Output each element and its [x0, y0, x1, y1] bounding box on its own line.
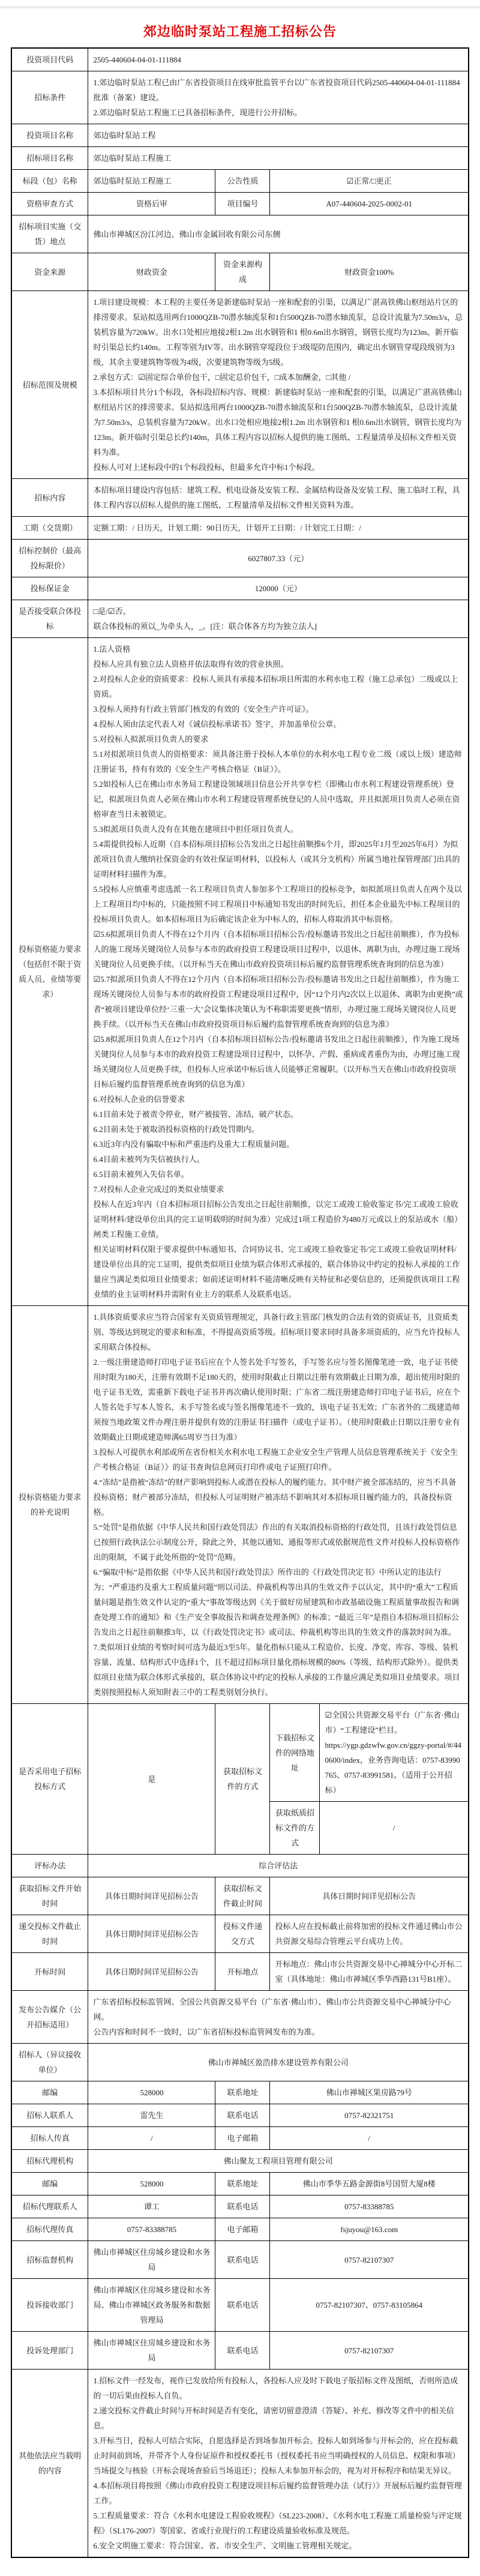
- label-evaluation-method: 评标办法: [11, 1855, 88, 1877]
- value-complaint-handling: 佛山市禅城区住房城乡建设和水务局: [88, 2332, 215, 2370]
- value-complaint-receiving-phone: 0757-82107307、0757-83105864: [270, 2279, 469, 2332]
- value-agency-contact: 谭工: [88, 2195, 215, 2218]
- label-tenderer: 招标人（异议接收单位）: [11, 2044, 88, 2081]
- row-e-bidding: 是否采用电子招标投标方式 是 获取招标文件的方式 下载招标文件的网络地址 ☑全国…: [11, 1704, 469, 1802]
- label-bid-bond: 投标保证金: [11, 577, 88, 600]
- label-tenderer-address: 联系地址: [215, 2081, 270, 2104]
- value-tenderer-address: 佛山市禅城区果房路79号: [270, 2081, 469, 2104]
- value-consortium-checkbox: □是/☑否。 联合体投标的须以_为牵头人，_。[注：联合体各方均为独立法人]: [88, 600, 469, 638]
- value-supervision-phone: 0757-82107307: [270, 2241, 469, 2279]
- label-tender-conditions: 招标条件: [11, 71, 88, 124]
- value-location: 佛山市禅城区汾江河边、佛山市金属回收有限公司东侧: [88, 215, 469, 253]
- row-scope-scale: 招标范围及规模 1.项目建设规模：本工程的主要任务是新建临时泵站一座和配套的引渠…: [11, 291, 469, 479]
- row-tender-conditions: 招标条件 1.郊边临时泵站工程已由广东省投资项目在线审批监管平台以广东省投资项目…: [11, 71, 469, 124]
- label-complaint-receiving: 投诉接收部门: [11, 2279, 88, 2332]
- row-agency-postcode: 邮编 528000 联系地址 佛山市季华五路金源街8号国贸大厦8楼: [11, 2173, 469, 2195]
- value-funding-composition: 财政资金100%: [270, 253, 469, 291]
- value-other-content: 1.招标文件一经发布，视作已发放给所有投标人，各投标人应及时下载电子版招标文件及…: [88, 2370, 469, 2558]
- row-evaluation-method: 评标办法 综合评估法: [11, 1855, 469, 1877]
- row-agency-fax: 招标代理传真 0757-83388785 电子邮箱 fsjuyou@163.co…: [11, 2218, 469, 2241]
- label-section-name: 标段（包）名称: [11, 170, 88, 193]
- label-agency: 招标代理机构: [11, 2150, 88, 2173]
- row-tender-content: 招标内容 本招标项目建设内容包括：建筑工程、机电设备及安装工程、金属结构设备及安…: [11, 479, 469, 517]
- label-agency-postcode: 邮编: [11, 2173, 88, 2195]
- row-tender-project-name: 招标项目名称 郊边临时泵站工程施工: [11, 147, 469, 170]
- row-tenderer-contact: 招标人联系人 雷先生 联系电话 0757-82321751: [11, 2104, 469, 2127]
- value-project-number: A07-440604-2025-0002-01: [270, 193, 469, 215]
- row-complaint-handling: 投诉处理部门 佛山市禅城区住房城乡建设和水务局 联系电话 0757-821073…: [11, 2332, 469, 2370]
- row-project-code: 投资项目代码 2505-440604-04-01-111884: [11, 48, 469, 71]
- value-tender-content: 本招标项目建设内容包括：建筑工程、机电设备及安装工程、金属结构设备及安装工程、施…: [88, 479, 469, 517]
- label-project-code: 投资项目代码: [11, 48, 88, 71]
- row-tenderer-fax: 招标人传真 / 电子邮箱 /: [11, 2127, 469, 2150]
- value-complaint-handling-phone: 0757-82107307: [270, 2332, 469, 2370]
- value-complaint-receiving: 佛山市禅城区住房城乡建设和水务局、佛山市禅城区政务服务和数据管理局: [88, 2279, 215, 2332]
- label-supervision-phone: 联系电话: [215, 2241, 270, 2279]
- row-qualification-supplement: 投标资格能力要求的补充说明 1.具体资质要求应当符合国家有关资质管理规定，具备行…: [11, 1306, 469, 1704]
- label-tenderer-email: 电子邮箱: [215, 2127, 270, 2150]
- label-bid-submission-deadline: 递交投标文件截止时间: [11, 1915, 88, 1953]
- label-download-url: 下载招标文件的网络地址: [270, 1704, 320, 1802]
- value-project-code: 2505-440604-04-01-111884: [88, 48, 469, 71]
- row-funding: 资金来源 财政资金 资金来源构成 财政资金100%: [11, 253, 469, 291]
- row-qualification-requirements: 投标资格能力要求（包括但不限于资质人员、业绩等要求） 1.法人资格 投标人应具有…: [11, 638, 469, 1306]
- value-tender-project-name: 郊边临时泵站工程施工: [88, 147, 469, 170]
- label-bid-opening-place: 开标地点: [215, 1953, 270, 1991]
- label-consortium: 是否接受联合体投标: [11, 600, 88, 638]
- label-bid-opening-time: 开标时间: [11, 1953, 88, 1991]
- row-bid-opening: 开标时间 具体日期时间详见招标公告 开标地点 开标地点：佛山市公共资源交易中心禅…: [11, 1953, 469, 1991]
- row-other-content: 其他依法应当载明的内容 1.招标文件一经发布，视作已发放给所有投标人，各投标人应…: [11, 2370, 469, 2558]
- label-complaint-handling-phone: 联系电话: [215, 2332, 270, 2370]
- label-agency-contact: 招标代理联系人: [11, 2195, 88, 2218]
- value-agency-email: fsjuyou@163.com: [270, 2218, 469, 2241]
- value-tenderer-fax: /: [88, 2127, 215, 2150]
- value-tenderer-email: /: [270, 2127, 469, 2150]
- value-bid-opening-time: 具体日期时间详见招标公告: [88, 1953, 215, 1991]
- label-agency-email: 电子邮箱: [215, 2218, 270, 2241]
- top-divider: [0, 6, 480, 8]
- label-agency-fax: 招标代理传真: [11, 2218, 88, 2241]
- value-download-url: ☑全国公共资源交易平台（广东省·佛山市）“工程建设”栏目。 https://yg…: [320, 1704, 469, 1802]
- value-announcement-media: 广东省招标投标监管网、全国公共资源交易平台（广东省·佛山市）、佛山市公共资源交易…: [88, 1991, 469, 2044]
- row-doc-obtain-time: 获取招标文件开始时间 具体日期时间详见招标公告 获取招标文件截止时间 具体日期时…: [11, 1877, 469, 1915]
- label-complaint-handling: 投诉处理部门: [11, 2332, 88, 2370]
- label-funding-source: 资金来源: [11, 253, 88, 291]
- row-tenderer-postcode: 邮编 528000 联系地址 佛山市禅城区果房路79号: [11, 2081, 469, 2104]
- value-evaluation-method: 综合评估法: [88, 1855, 469, 1877]
- row-supervision: 招标监督机构 佛山市禅城区住房城乡建设和水务局 联系电话 0757-821073…: [11, 2241, 469, 2279]
- label-price-ceiling: 招标控制价（最高投标限价）: [11, 540, 88, 577]
- label-tenderer-phone: 联系电话: [215, 2104, 270, 2127]
- page-title: 郊边临时泵站工程施工招标公告: [0, 22, 480, 40]
- value-section-name: 郊边临时泵站工程施工: [88, 170, 215, 193]
- row-complaint-receiving: 投诉接收部门 佛山市禅城区住房城乡建设和水务局、佛山市禅城区政务服务和数据管理局…: [11, 2279, 469, 2332]
- row-consortium: 是否接受联合体投标 □是/☑否。 联合体投标的须以_为牵头人，_。[注：联合体各…: [11, 600, 469, 638]
- value-bid-submission-deadline: 具体日期时间详见招标公告: [88, 1915, 215, 1953]
- label-qualification-requirements: 投标资格能力要求（包括但不限于资质人员、业绩等要求）: [11, 638, 88, 1306]
- value-price-ceiling: 6027807.33（元）: [88, 540, 469, 577]
- value-bid-opening-place: 开标地点：佛山市公共资源交易中心禅城分中心开标二室（具体地址：佛山市禅城区季华西…: [270, 1953, 469, 1991]
- row-section-name: 标段（包）名称 郊边临时泵站工程施工 公告性质 ☑正常/□更正: [11, 170, 469, 193]
- value-tenderer-contact: 雷先生: [88, 2104, 215, 2127]
- value-scope-scale: 1.项目建设规模：本工程的主要任务是新建临时泵站一座和配套的引渠，以满足广湛高铁…: [88, 291, 469, 479]
- label-notice-nature: 公告性质: [215, 170, 270, 193]
- value-paper-doc-method: /: [320, 1802, 469, 1855]
- row-price-ceiling: 招标控制价（最高投标限价） 6027807.33（元）: [11, 540, 469, 577]
- value-supervision-org: 佛山市禅城区住房城乡建设和水务局: [88, 2241, 215, 2279]
- row-location: 招标项目实施（交货）地点 佛山市禅城区汾江河边、佛山市金属回收有限公司东侧: [11, 215, 469, 253]
- label-tenderer-fax: 招标人传真: [11, 2127, 88, 2150]
- label-investment-project-name: 投资项目名称: [11, 124, 88, 147]
- label-location: 招标项目实施（交货）地点: [11, 215, 88, 253]
- label-submission-method: 投标文件递交方式: [215, 1915, 270, 1953]
- value-qualification-requirements: 1.法人资格 投标人应具有独立法人资格并依法取得有效的营业执照。 2.对投标人企…: [88, 638, 469, 1306]
- label-qualification-supplement: 投标资格能力要求的补充说明: [11, 1306, 88, 1704]
- label-announcement-media: 发布公告媒介（公开招标适用）: [11, 1991, 88, 2044]
- label-project-number: 项目编号: [215, 193, 270, 215]
- label-complaint-receiving-phone: 联系电话: [215, 2279, 270, 2332]
- value-tender-conditions: 1.郊边临时泵站工程已由广东省投资项目在线审批监管平台以广东省投资项目代码250…: [88, 71, 469, 124]
- label-tenderer-postcode: 邮编: [11, 2081, 88, 2104]
- value-funding-source: 财政资金: [88, 253, 215, 291]
- label-doc-obtain-method: 获取招标文件的方式: [215, 1704, 270, 1855]
- label-doc-obtain-end: 获取招标文件截止时间: [215, 1877, 270, 1915]
- value-qualification-supplement: 1.具体资质要求应当符合国家有关资质管理规定，具备行政主管部门核发的合法有效的资…: [88, 1306, 469, 1704]
- value-agency: 佛山聚友工程项目管理有限公司: [88, 2150, 469, 2173]
- label-supervision-org: 招标监督机构: [11, 2241, 88, 2279]
- label-doc-obtain-start: 获取招标文件开始时间: [11, 1877, 88, 1915]
- label-scope-scale: 招标范围及规模: [11, 291, 88, 479]
- label-tender-content: 招标内容: [11, 479, 88, 517]
- tender-announcement-table: 投资项目代码 2505-440604-04-01-111884 招标条件 1.郊…: [11, 47, 469, 2558]
- row-duration: 工期（交货期） 定额工期：/ 日历天，计划工期：90日历天，计划开工日期：/ 计…: [11, 517, 469, 540]
- value-doc-obtain-end: 具体日期时间详见招标公告: [270, 1877, 469, 1915]
- value-agency-address: 佛山市季华五路金源街8号国贸大厦8楼: [270, 2173, 469, 2195]
- value-duration: 定额工期：/ 日历天，计划工期：90日历天，计划开工日期：/ 计划完工日期：/: [88, 517, 469, 540]
- label-qualification-review: 资格审查方式: [11, 193, 88, 215]
- value-investment-project-name: 郊边临时泵站工程: [88, 124, 469, 147]
- label-tender-project-name: 招标项目名称: [11, 147, 88, 170]
- value-tenderer: 佛山市禅城区盈浩排水建设管养有限公司: [88, 2044, 469, 2081]
- label-e-bidding: 是否采用电子招标投标方式: [11, 1704, 88, 1855]
- label-other-content: 其他依法应当载明的内容: [11, 2370, 88, 2558]
- row-tenderer: 招标人（异议接收单位） 佛山市禅城区盈浩排水建设管养有限公司: [11, 2044, 469, 2081]
- value-bid-bond: 120000（元）: [88, 577, 469, 600]
- value-notice-nature-checkbox: ☑正常/□更正: [270, 170, 469, 193]
- row-qualification-review: 资格审查方式 资格后审 项目编号 A07-440604-2025-0002-01: [11, 193, 469, 215]
- value-tenderer-postcode: 528000: [88, 2081, 215, 2104]
- row-announcement-media: 发布公告媒介（公开招标适用） 广东省招标投标监管网、全国公共资源交易平台（广东省…: [11, 1991, 469, 2044]
- label-funding-composition: 资金来源构成: [215, 253, 270, 291]
- label-agency-address: 联系地址: [215, 2173, 270, 2195]
- value-submission-method: 投标人应在投标截止前将加密的投标文件通过佛山市公共资源交易综合管理云平台成功上传…: [270, 1915, 469, 1953]
- label-tenderer-contact: 招标人联系人: [11, 2104, 88, 2127]
- label-duration: 工期（交货期）: [11, 517, 88, 540]
- value-doc-obtain-start: 具体日期时间详见招标公告: [88, 1877, 215, 1915]
- row-agency-contact: 招标代理联系人 谭工 联系电话 0757-83388785: [11, 2195, 469, 2218]
- label-agency-phone: 联系电话: [215, 2195, 270, 2218]
- value-agency-phone: 0757-83388785: [270, 2195, 469, 2218]
- row-investment-project-name: 投资项目名称 郊边临时泵站工程: [11, 124, 469, 147]
- value-agency-fax: 0757-83388785: [88, 2218, 215, 2241]
- value-qualification-review: 资格后审: [88, 193, 215, 215]
- value-tenderer-phone: 0757-82321751: [270, 2104, 469, 2127]
- row-bid-submission: 递交投标文件截止时间 具体日期时间详见招标公告 投标文件递交方式 投标人应在投标…: [11, 1915, 469, 1953]
- value-agency-postcode: 528000: [88, 2173, 215, 2195]
- label-paper-doc-method: 获取纸质招标文件的方式: [270, 1802, 320, 1855]
- row-agency: 招标代理机构 佛山聚友工程项目管理有限公司: [11, 2150, 469, 2173]
- row-bid-bond: 投标保证金 120000（元）: [11, 577, 469, 600]
- value-e-bidding: 是: [88, 1704, 215, 1855]
